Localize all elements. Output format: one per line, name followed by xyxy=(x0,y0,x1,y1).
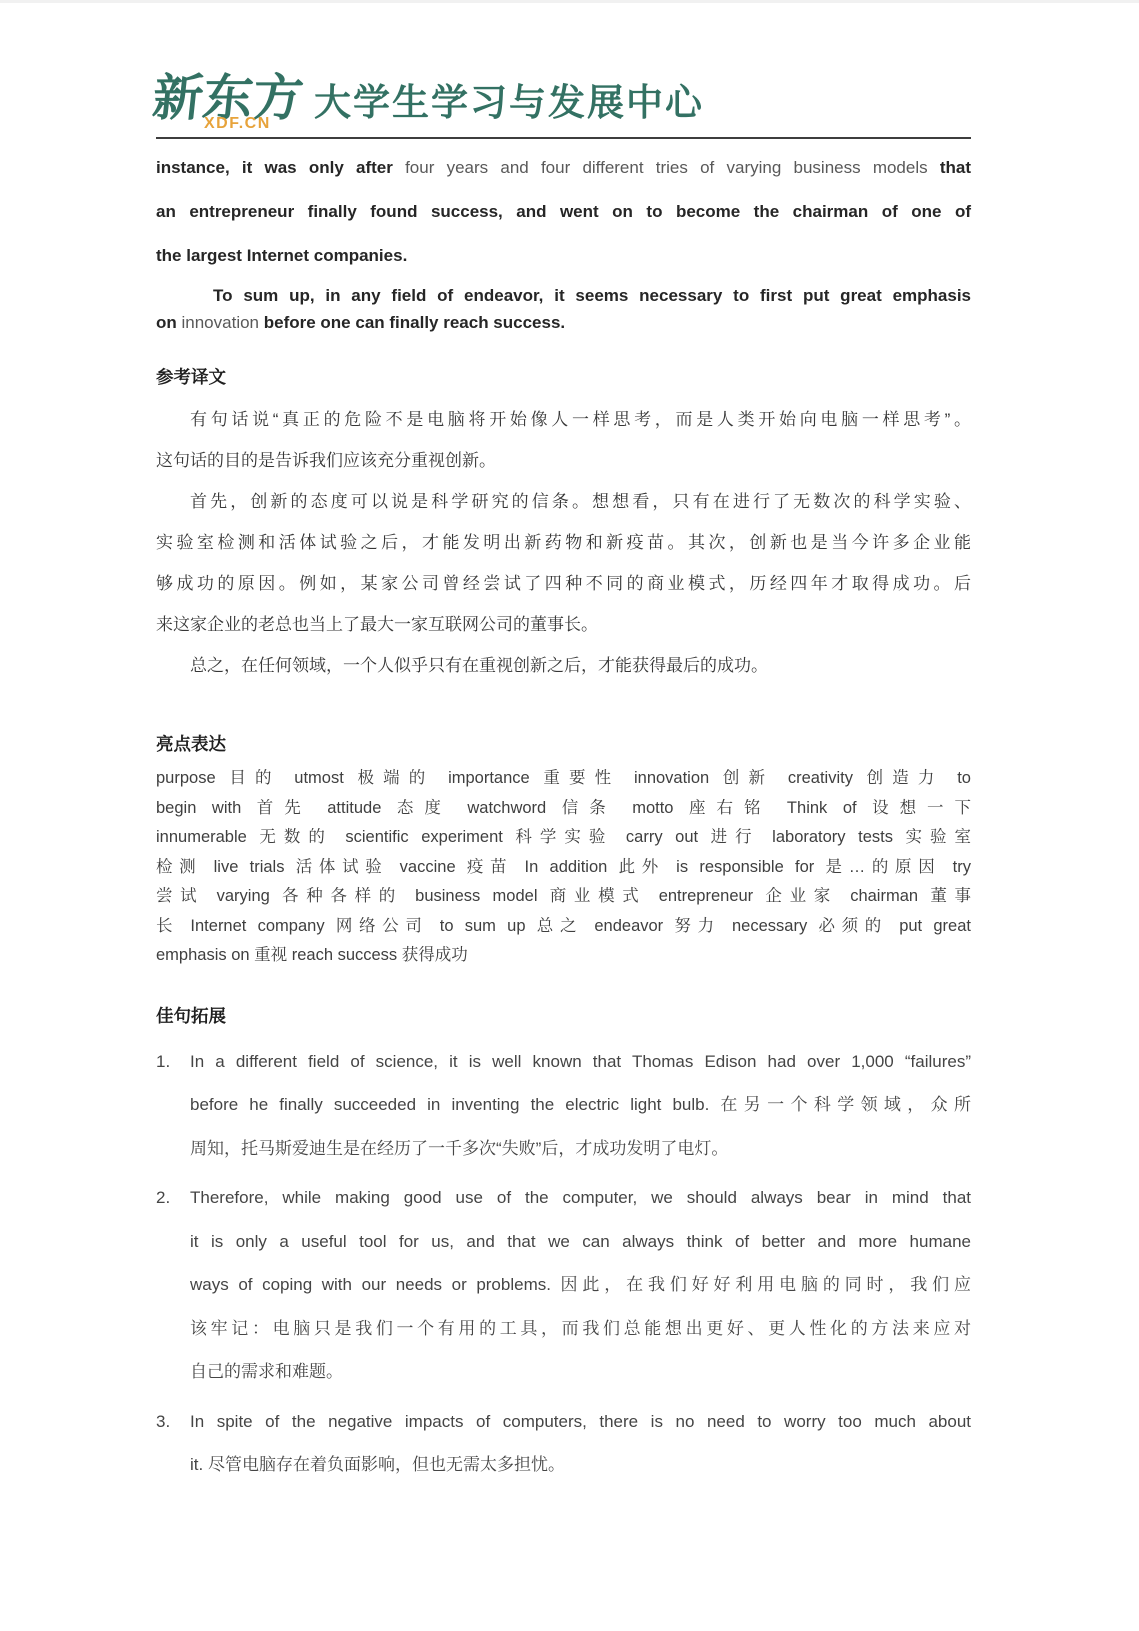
essay-paragraph-2: To sum up, in any field of endeavor, it … xyxy=(156,282,971,336)
essay-line-1: instance, it was only after four years a… xyxy=(156,146,971,190)
reference-paragraph-2: 首先，创新的态度可以说是科学研究的信条。想想看，只有在进行了无数次的科学实验、实… xyxy=(156,481,971,645)
vocabulary-list: purpose 目的 utmost 极端的 importance 重要性 inn… xyxy=(156,764,971,971)
text-line: begin with 首先 attitude 态度 watchword 信条 m… xyxy=(156,794,971,824)
text-line: 该牢记：电脑只是我们一个有用的工具，而我们总能想出更好、更人性化的方法来应对 xyxy=(190,1307,971,1351)
text-run: on xyxy=(156,313,182,332)
essay-line-4: To sum up, in any field of endeavor, it … xyxy=(156,282,971,309)
text-line: ways of coping with our needs or problem… xyxy=(190,1263,971,1307)
sentences-heading: 佳句拓展 xyxy=(156,1005,971,1027)
sentence-list: 1. In a different field of science, it i… xyxy=(156,1040,971,1487)
text-line: 首先，创新的态度可以说是科学研究的信条。想想看，只有在进行了无数次的科学实验、 xyxy=(156,481,971,522)
sentence-text: In a different field of science, it is w… xyxy=(190,1040,971,1171)
reference-paragraph-3: 总之，在任何领域，一个人似乎只有在重视创新之后，才能获得最后的成功。 xyxy=(156,645,971,686)
sentence-text: Therefore, while making good use of the … xyxy=(190,1176,971,1394)
reference-paragraph-1: 有句话说“真正的危险不是电脑将开始像人一样思考，而是人类开始向电脑一样思考”。这… xyxy=(156,399,971,481)
document-page: { "colors": { "brand_green": "#337163", … xyxy=(0,0,1139,1631)
essay-paragraph-1: instance, it was only after four years a… xyxy=(156,146,971,278)
text-run: instance, it was only after xyxy=(156,158,405,177)
text-line: it. 尽管电脑存在着负面影响，但也无需太多担忧。 xyxy=(190,1443,971,1487)
text-run: innovation xyxy=(182,313,264,332)
essay-line-5: on innovation before one can finally rea… xyxy=(156,309,971,336)
xdf-logo-domain: XDF.CN xyxy=(204,116,271,132)
reference-translation-heading: 参考译文 xyxy=(156,366,971,388)
text-line: innumerable 无数的 scientific experiment 科学… xyxy=(156,823,971,853)
text-line: In a different field of science, it is w… xyxy=(190,1040,971,1084)
sentence-item-3: 3. In spite of the negative impacts of c… xyxy=(156,1400,971,1487)
document-content: 新东方 XDF.CN 大学生学习与发展中心 instance, it was o… xyxy=(0,3,1139,1487)
text-run: before one can finally reach success. xyxy=(264,313,565,332)
text-line: 实验室检测和活体试验之后，才能发明出新药物和新疫苗。其次，创新也是当今许多企业能 xyxy=(156,522,971,563)
text-line: In spite of the negative impacts of comp… xyxy=(190,1400,971,1444)
highlights-heading: 亮点表达 xyxy=(156,733,971,755)
text-line: 总之，在任何领域，一个人似乎只有在重视创新之后，才能获得最后的成功。 xyxy=(156,645,971,686)
text-line: 够成功的原因。例如，某家公司曾经尝试了四种不同的商业模式，历经四年才取得成功。后 xyxy=(156,563,971,604)
text-line: before he finally succeeded in inventing… xyxy=(190,1083,971,1127)
sentence-text: In spite of the negative impacts of comp… xyxy=(190,1400,971,1487)
text-line: Therefore, while making good use of the … xyxy=(190,1176,971,1220)
center-title: 大学生学习与发展中心 xyxy=(314,83,704,124)
sentence-item-1: 1. In a different field of science, it i… xyxy=(156,1040,971,1171)
text-line: emphasis on 重视 reach success 获得成功 xyxy=(156,941,971,971)
text-line: 来这家企业的老总也当上了最大一家互联网公司的董事长。 xyxy=(156,604,971,645)
text-line: 长 Internet company 网络公司 to sum up 总之 end… xyxy=(156,912,971,942)
sentence-item-2: 2. Therefore, while making good use of t… xyxy=(156,1176,971,1394)
essay-line-3: the largest Internet companies. xyxy=(156,234,971,278)
text-run: that xyxy=(940,158,971,177)
text-line: it is only a useful tool for us, and tha… xyxy=(190,1220,971,1264)
header-divider xyxy=(156,137,971,139)
essay-line-2: an entrepreneur finally found success, a… xyxy=(156,190,971,234)
text-line: purpose 目的 utmost 极端的 importance 重要性 inn… xyxy=(156,764,971,794)
text-line: 自己的需求和难题。 xyxy=(190,1350,971,1394)
reference-translation-body: 有句话说“真正的危险不是电脑将开始像人一样思考，而是人类开始向电脑一样思考”。这… xyxy=(156,399,971,686)
sentence-number: 1. xyxy=(156,1040,190,1171)
text-line: 尝试 varying 各种各样的 business model 商业模式 ent… xyxy=(156,882,971,912)
text-line: 这句话的目的是告诉我们应该充分重视创新。 xyxy=(156,440,971,481)
sentence-number: 2. xyxy=(156,1176,190,1394)
document-header: 新东方 XDF.CN 大学生学习与发展中心 xyxy=(156,3,971,139)
text-line: 周知，托马斯爱迪生是在经历了一千多次“失败”后，才成功发明了电灯。 xyxy=(190,1127,971,1171)
sentence-number: 3. xyxy=(156,1400,190,1487)
text-line: 检测 live trials 活体试验 vaccine 疫苗 In additi… xyxy=(156,853,971,883)
text-line: 有句话说“真正的危险不是电脑将开始像人一样思考，而是人类开始向电脑一样思考”。 xyxy=(156,399,971,440)
text-run: four years and four different tries of v… xyxy=(405,158,940,177)
